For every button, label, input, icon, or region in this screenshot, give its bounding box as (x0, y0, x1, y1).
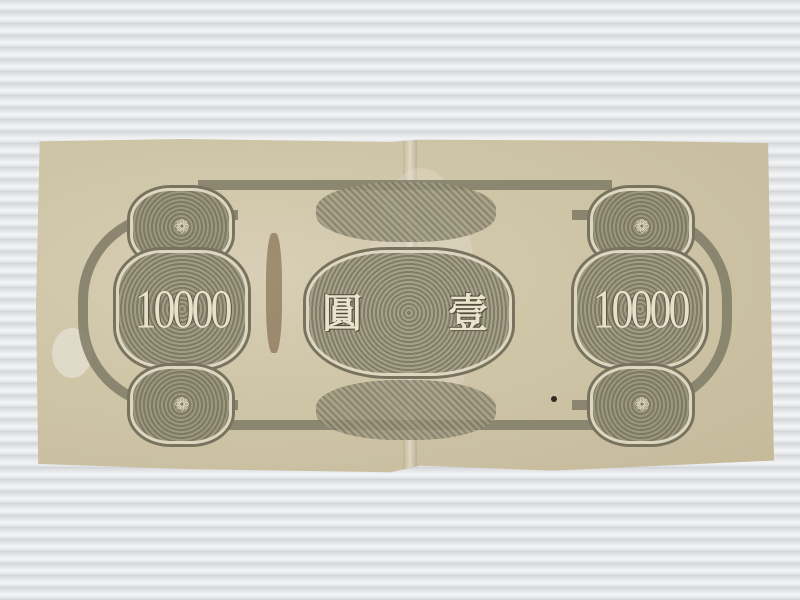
banknote: ❁ 10000 ❁ 圓 壹 ❁ 10000 ❁ (36, 138, 774, 474)
right-denomination-panel: 10000 (574, 250, 706, 368)
center-top-ornament (316, 182, 496, 242)
flower-ornament-icon: ❁ (174, 395, 187, 416)
right-denomination: 10000 (593, 277, 688, 341)
flower-ornament-icon: ❁ (634, 217, 647, 238)
right-bottom-rosette: ❁ (590, 366, 692, 444)
left-denomination: 10000 (135, 277, 230, 341)
center-character-yi: 壹 (448, 282, 488, 339)
center-bottom-ornament (316, 380, 496, 440)
flower-ornament-icon: ❁ (634, 395, 647, 416)
center-character-yuan: 圓 (322, 282, 362, 339)
engraved-frame: ❁ 10000 ❁ 圓 壹 ❁ 10000 ❁ (78, 170, 732, 442)
left-bottom-rosette: ❁ (130, 366, 232, 444)
left-denomination-panel: 10000 (116, 250, 248, 368)
flower-ornament-icon: ❁ (174, 217, 187, 238)
